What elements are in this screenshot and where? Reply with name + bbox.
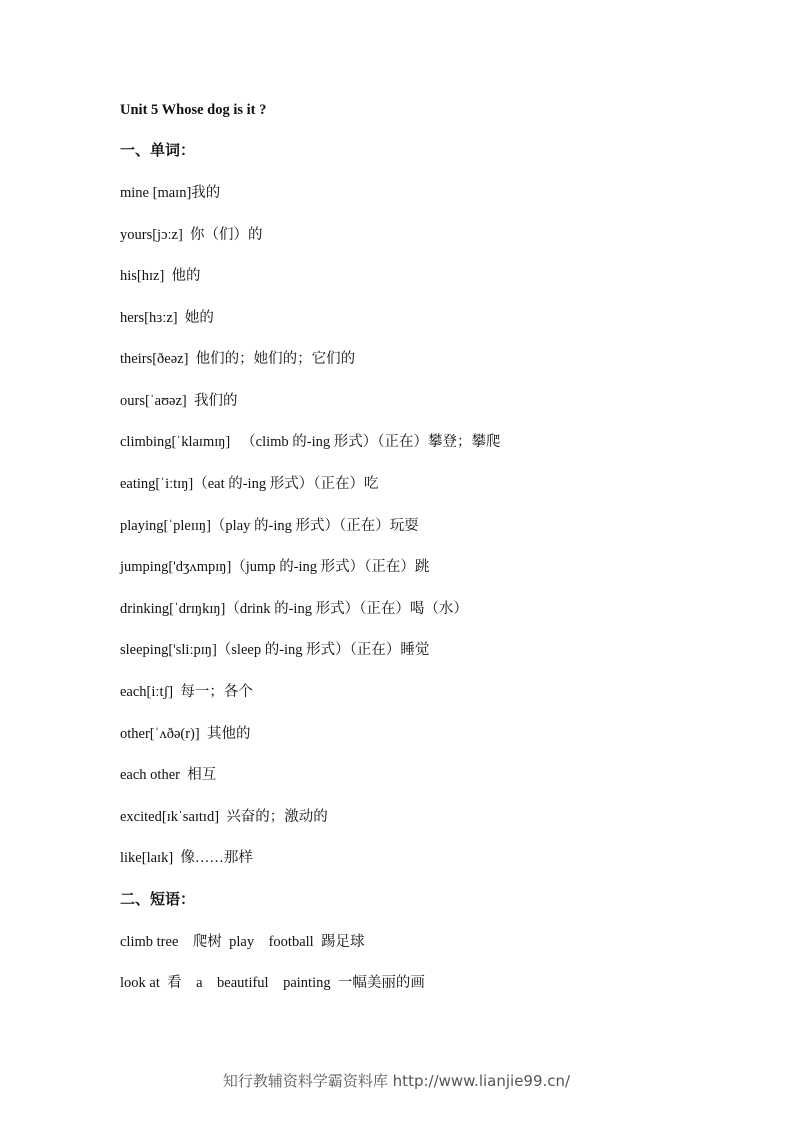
phrase-item: climb tree 爬树 play football 踢足球 <box>120 930 364 951</box>
vocab-item: playing[ˈpleɪɪŋ]（play 的-ing 形式）（正在）玩耍 <box>120 514 419 535</box>
vocab-item: each other 相互 <box>120 763 216 784</box>
vocab-item: climbing[ˈklaɪmɪŋ] （climb 的-ing 形式）（正在）攀… <box>120 430 501 451</box>
vocab-item: jumping['dʒʌmpɪŋ]（jump 的-ing 形式）（正在）跳 <box>120 555 429 576</box>
vocab-item: sleeping['sliːpɪŋ]（sleep 的-ing 形式）（正在）睡觉 <box>120 638 429 659</box>
vocab-item: yours[jɔːz] 你（们）的 <box>120 223 263 244</box>
phrase-item: look at 看 a beautiful painting 一幅美丽的画 <box>120 971 425 992</box>
vocab-item: hers[hɜːz] 她的 <box>120 306 214 327</box>
footer-watermark: 知行教辅资料学霸资料库 http://www.lianjie99.cn/ <box>0 1070 793 1091</box>
vocab-item: theirs[ðeəz] 他们的；她们的；它们的 <box>120 347 355 368</box>
vocab-item: mine [maɪn]我的 <box>120 181 220 202</box>
vocab-item: excited[ɪkˈsaɪtɪd] 兴奋的；激动的 <box>120 805 328 826</box>
vocab-item: eating[ˈiːtɪŋ]（eat 的-ing 形式）（正在）吃 <box>120 472 378 493</box>
document-page: Unit 5 Whose dog is it ? 一、单词： mine [maɪ… <box>0 0 793 1122</box>
section-heading-phrases: 二、短语： <box>120 888 195 909</box>
section-heading-words: 一、单词： <box>120 139 195 160</box>
vocab-item: his[hɪz] 他的 <box>120 264 201 285</box>
vocab-item: like[laɪk] 像……那样 <box>120 846 253 867</box>
vocab-item: each[iːtʃ] 每一；各个 <box>120 680 253 701</box>
vocab-item: other[ˈʌðə(r)] 其他的 <box>120 722 250 743</box>
vocab-item: drinking[ˈdrɪŋkɪŋ]（drink 的-ing 形式）（正在）喝（… <box>120 597 468 618</box>
vocab-item: ours[ˈaʊəz] 我们的 <box>120 389 237 410</box>
document-title: Unit 5 Whose dog is it ? <box>120 102 266 119</box>
